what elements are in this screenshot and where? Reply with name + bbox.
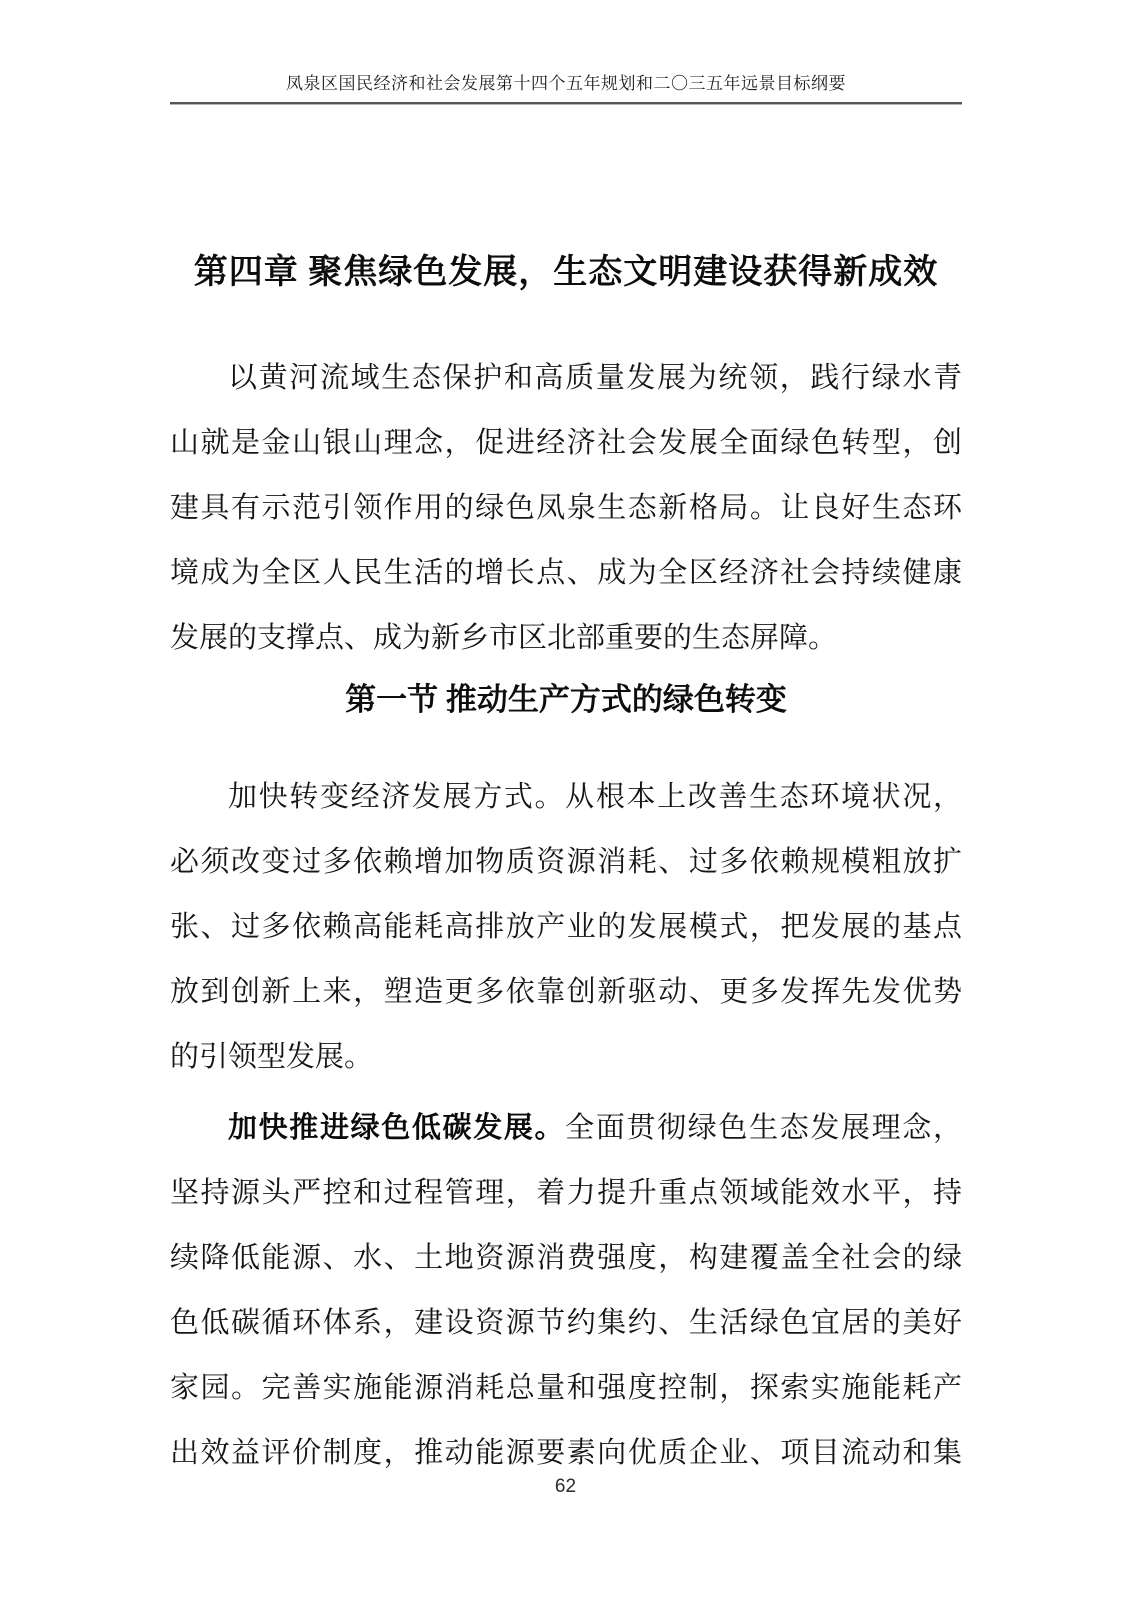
paragraph-3: 加快推进绿色低碳发展。全面贯彻绿色生态发展理念，坚持源头严控和过程管理，着力提升… (170, 1096, 962, 1486)
text-line: 境成为全区人民生活的增长点、成为全区经济社会持续健康 (170, 541, 962, 606)
text-line: 加快推进绿色低碳发展。全面贯彻绿色生态发展理念， (170, 1096, 962, 1161)
text-line: 坚持源头严控和过程管理，着力提升重点领域能效水平，持 (170, 1161, 962, 1226)
paragraph-1: 以黄河流域生态保护和高质量发展为统领，践行绿水青山就是金山银山理念，促进经济社会… (170, 346, 962, 671)
text-line: 建具有示范引领作用的绿色凤泉生态新格局。让良好生态环 (170, 476, 962, 541)
text-line: 加快转变经济发展方式。从根本上改善生态环境状况， (170, 765, 962, 830)
text-line: 的引领型发展。 (170, 1025, 962, 1090)
text-line: 以黄河流域生态保护和高质量发展为统领，践行绿水青 (170, 346, 962, 411)
text-line: 家园。完善实施能源消耗总量和强度控制，探索实施能耗产 (170, 1356, 962, 1421)
text-line: 放到创新上来，塑造更多依靠创新驱动、更多发挥先发优势 (170, 960, 962, 1025)
text-line: 发展的支撑点、成为新乡市区北部重要的生态屏障。 (170, 606, 962, 671)
document-page: 凤泉区国民经济和社会发展第十四个五年规划和二〇三五年远景目标纲要 第四章 聚焦绿… (0, 0, 1131, 1600)
text-line: 张、过多依赖高能耗高排放产业的发展模式，把发展的基点 (170, 895, 962, 960)
running-header: 凤泉区国民经济和社会发展第十四个五年规划和二〇三五年远景目标纲要 (170, 0, 962, 104)
header-rule (170, 102, 962, 104)
page-number: 62 (0, 1476, 1131, 1498)
page-content: 第四章 聚焦绿色发展，生态文明建设获得新成效 以黄河流域生态保护和高质量发展为统… (170, 250, 962, 1486)
paragraph-bold-lead: 加快推进绿色低碳发展。 (228, 1112, 565, 1144)
text-line: 续降低能源、水、土地资源消费强度，构建覆盖全社会的绿 (170, 1226, 962, 1291)
section-title: 第一节 推动生产方式的绿色转变 (170, 679, 962, 721)
paragraph-2: 加快转变经济发展方式。从根本上改善生态环境状况，必须改变过多依赖增加物质资源消耗… (170, 765, 962, 1090)
text-line: 山就是金山银山理念，促进经济社会发展全面绿色转型，创 (170, 411, 962, 476)
text-line: 色低碳循环体系，建设资源节约集约、生活绿色宜居的美好 (170, 1291, 962, 1356)
text-line: 必须改变过多依赖增加物质资源消耗、过多依赖规模粗放扩 (170, 830, 962, 895)
running-header-title: 凤泉区国民经济和社会发展第十四个五年规划和二〇三五年远景目标纲要 (170, 72, 962, 96)
chapter-title: 第四章 聚焦绿色发展，生态文明建设获得新成效 (170, 250, 962, 296)
